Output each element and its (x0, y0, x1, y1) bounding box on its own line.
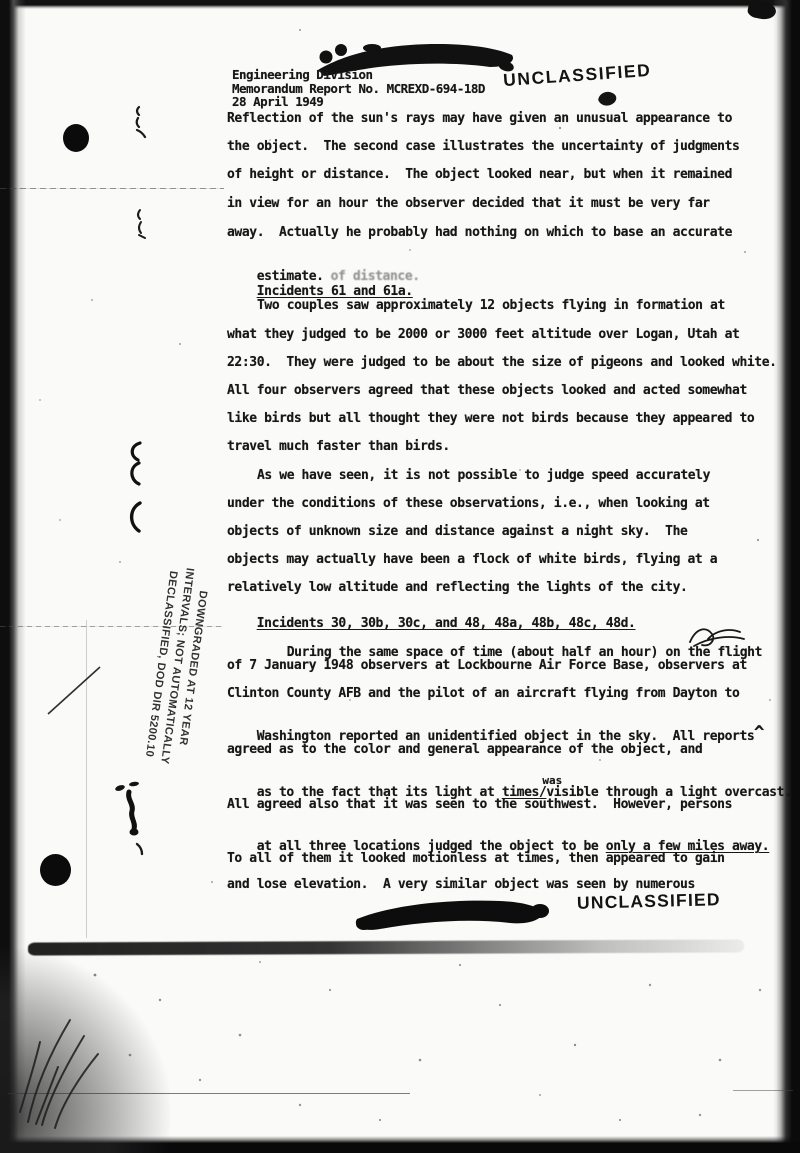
doc-line: travel much faster than birds. (227, 439, 450, 454)
unclassified-stamp-top: UNCLASSIFIED (502, 60, 652, 91)
doc-line: under the conditions of these observatio… (227, 496, 710, 511)
margin-mark (132, 208, 148, 240)
scan-edge-right (773, 0, 800, 1153)
scanned-memo-page: UNCLASSIFIED UNCLASSIFIED DOWNGRADED AT … (0, 0, 800, 1153)
doc-line: of height or distance. The object looked… (227, 167, 732, 182)
margin-squiggle-mark (112, 780, 148, 840)
scan-corner-shade (0, 948, 170, 1153)
doc-line: All agreed also that it was seen to the … (227, 797, 732, 812)
insertion-caret: ^ (753, 723, 764, 743)
doc-line: what they judged to be 2000 or 3000 feet… (227, 327, 739, 342)
doc-line: of 7 January 1948 observers at Lockbourn… (227, 658, 747, 673)
ink-blot (594, 88, 620, 108)
downgrade-stamp: DOWNGRADED AT 12 YEAR INTERVALS; NOT AUT… (137, 539, 217, 793)
doc-line: and lose elevation. A very similar objec… (227, 877, 695, 892)
memo-date: 28 April 1949 (232, 94, 323, 109)
hole-punch (40, 854, 71, 886)
doc-line: 22:30. They were judged to be about the … (227, 355, 777, 370)
doc-line: Reflection of the sun's rays may have gi… (227, 111, 732, 126)
margin-mark (130, 105, 148, 141)
crease-line (86, 620, 87, 938)
crease-line (733, 1090, 793, 1091)
ink-blot-corner (746, 0, 777, 22)
doc-line: away. Actually he probably had nothing o… (227, 225, 732, 240)
hole-punch (63, 124, 89, 152)
unclassified-stamp-bottom: UNCLASSIFIED (577, 889, 721, 914)
doc-line: To all of them it looked motionless at t… (227, 851, 725, 866)
scan-edge-top (0, 0, 800, 9)
ink-smudge-bottom (350, 888, 552, 934)
doc-line: like birds but all thought they were not… (227, 411, 754, 426)
margin-paren-mark (125, 500, 145, 534)
doc-line: relatively low altitude and reflecting t… (227, 580, 687, 595)
doc-line: objects of unknown size and distance aga… (227, 524, 687, 539)
doc-line: Clinton County AFB and the pilot of an a… (227, 686, 739, 701)
doc-line: As we have seen, it is not possible to j… (227, 468, 710, 483)
crease-line (0, 188, 224, 189)
doc-line: in view for an hour the observer decided… (227, 196, 710, 211)
doc-line: Two couples saw approximately 12 objects… (227, 298, 725, 313)
margin-brace-mark (124, 440, 146, 492)
doc-line: objects may actually have been a flock o… (227, 552, 717, 567)
scratch-line (42, 662, 106, 720)
doc-line: All four observers agreed that these obj… (227, 383, 747, 398)
margin-tick-mark (134, 842, 146, 856)
doc-line: the object. The second case illustrates … (227, 139, 739, 154)
memo-division: Engineering Division (232, 67, 373, 82)
doc-line: agreed as to the color and general appea… (227, 742, 702, 757)
